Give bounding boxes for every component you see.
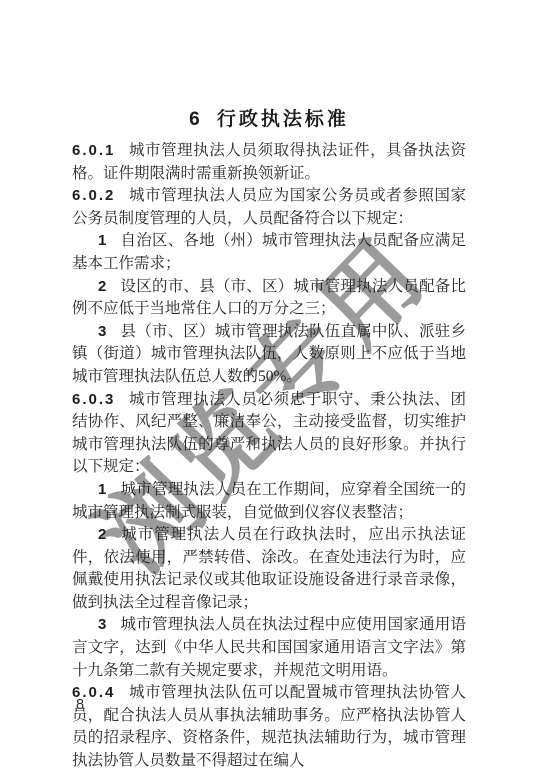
item-text: 城市管理执法人员在行政执法时，应出示执法证件，依法使用，严禁转借、涂改。在查处违… xyxy=(72,526,466,611)
item-number: 1 xyxy=(98,232,106,249)
clause-id: 6.0.3 xyxy=(72,391,115,408)
clause-text: 城市管理执法人员必须忠于职守、秉公执法、团结协作、风纪严整、廉洁奉公，主动接受监… xyxy=(72,391,466,476)
item-text: 城市管理执法人员在工作期间，应穿着全国统一的城市管理执法制式服装，自觉做到仪容仪… xyxy=(72,481,466,521)
page-number: 8 xyxy=(76,697,84,713)
clause-id: 6.0.1 xyxy=(72,142,115,159)
clause-item: 1自治区、各地（州）城市管理执法人员配备应满足基本工作需求； xyxy=(72,230,466,275)
item-number: 1 xyxy=(98,481,106,498)
clause-text: 城市管理执法人员应为国家公务员或者参照国家公务员制度管理的人员，人员配备符合以下… xyxy=(72,187,466,227)
clause-paragraph: 6.0.2城市管理执法人员应为国家公务员或者参照国家公务员制度管理的人员，人员配… xyxy=(72,185,466,230)
clause-item: 1城市管理执法人员在工作期间，应穿着全国统一的城市管理执法制式服装，自觉做到仪容… xyxy=(72,479,466,524)
item-number: 3 xyxy=(98,616,106,633)
clause-id: 6.0.2 xyxy=(72,187,115,204)
item-number: 2 xyxy=(98,278,106,295)
clause-item: 3县（市、区）城市管理执法队伍直属中队、派驻乡镇（街道）城市管理执法队伍，人数原… xyxy=(72,321,466,389)
clause-paragraph: 6.0.4城市管理执法队伍可以配置城市管理执法协管人员，配合执法人员从事执法辅助… xyxy=(72,682,466,772)
clause-item: 3城市管理执法人员在执法过程中应使用国家通用语言文字，达到《中华人民共和国国家通… xyxy=(72,614,466,682)
clause-item: 2设区的市、县（市、区）城市管理执法人员配备比例不应低于当地常住人口的万分之三； xyxy=(72,276,466,321)
clause-item: 2城市管理执法人员在行政执法时，应出示执法证件，依法使用，严禁转借、涂改。在查处… xyxy=(72,524,466,614)
item-number: 2 xyxy=(98,526,106,543)
item-text: 城市管理执法人员在执法过程中应使用国家通用语言文字，达到《中华人民共和国国家通用… xyxy=(72,616,466,678)
clause-text: 城市管理执法人员须取得执法证件，具备执法资格。证件期限满时需重新换领新证。 xyxy=(72,142,466,182)
clause-paragraph: 6.0.3城市管理执法人员必须忠于职守、秉公执法、团结协作、风纪严整、廉洁奉公，… xyxy=(72,389,466,479)
clause-text: 城市管理执法队伍可以配置城市管理执法协管人员，配合执法人员从事执法辅助事务。应严… xyxy=(72,684,466,769)
item-text: 设区的市、县（市、区）城市管理执法人员配备比例不应低于当地常住人口的万分之三； xyxy=(72,278,466,318)
document-page: 浏览专用 6 行政执法标准 6.0.1城市管理执法人员须取得执法证件，具备执法资… xyxy=(0,0,538,781)
document-body: 6.0.1城市管理执法人员须取得执法证件，具备执法资格。证件期限满时需重新换领新… xyxy=(72,140,466,773)
item-text: 自治区、各地（州）城市管理执法人员配备应满足基本工作需求； xyxy=(72,232,466,272)
item-number: 3 xyxy=(98,323,106,340)
chapter-title: 6 行政执法标准 xyxy=(0,104,538,131)
item-text: 县（市、区）城市管理执法队伍直属中队、派驻乡镇（街道）城市管理执法队伍，人数原则… xyxy=(72,323,466,385)
clause-paragraph: 6.0.1城市管理执法人员须取得执法证件，具备执法资格。证件期限满时需重新换领新… xyxy=(72,140,466,185)
